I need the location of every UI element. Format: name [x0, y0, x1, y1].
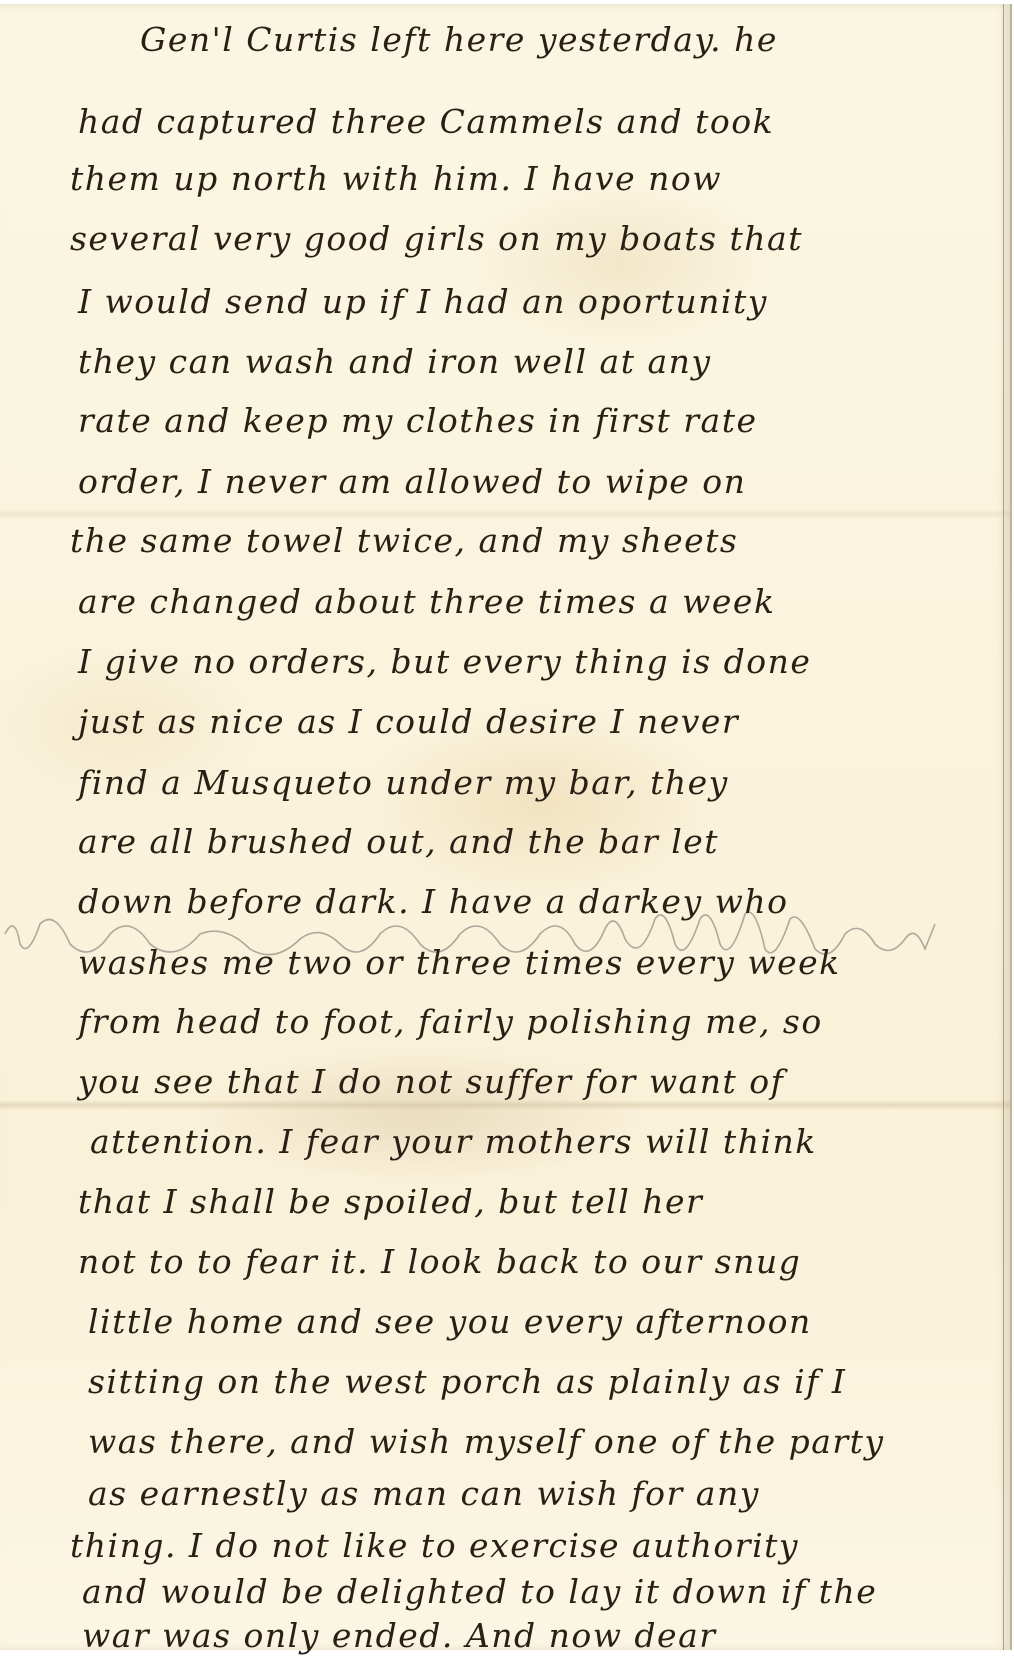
letter-line: thing. I do not like to exercise authori… — [70, 1526, 799, 1565]
letter-line: are all brushed out, and the bar let — [78, 822, 719, 861]
letter-line: that I shall be spoiled, but tell her — [78, 1182, 703, 1221]
letter-line: they can wash and iron well at any — [78, 342, 712, 381]
letter-line: and would be delighted to lay it down if… — [82, 1572, 877, 1611]
letter-line: washes me two or three times every week — [78, 943, 841, 982]
letter-line: not to to fear it. I look back to our sn… — [78, 1242, 801, 1281]
letter-line: just as nice as I could desire I never — [78, 702, 739, 741]
letter-line: the same towel twice, and my sheets — [70, 521, 738, 560]
letter-line: find a Musqueto under my bar, they — [78, 763, 729, 802]
letter-line: from head to foot, fairly polishing me, … — [78, 1002, 823, 1041]
letter-line: attention. I fear your mothers will thin… — [90, 1122, 817, 1161]
letter-line: I give no orders, but every thing is don… — [78, 642, 811, 681]
letter-body: Gen'l Curtis left here yesterday. he had… — [0, 4, 1010, 1650]
letter-line: was there, and wish myself one of the pa… — [88, 1422, 885, 1461]
letter-line: order, I never am allowed to wipe on — [78, 462, 746, 501]
letter-line: sitting on the west porch as plainly as … — [88, 1362, 846, 1401]
letter-line: several very good girls on my boats that — [70, 219, 803, 258]
letter-line: rate and keep my clothes in first rate — [78, 401, 758, 440]
letter-line: war was only ended. And now dear — [82, 1616, 717, 1655]
letter-line: had captured three Cammels and took — [78, 102, 774, 141]
letter-line: you see that I do not suffer for want of — [78, 1062, 784, 1101]
letter-line: Gen'l Curtis left here yesterday. he — [140, 20, 778, 59]
letter-line: I would send up if I had an oportunity — [78, 282, 768, 321]
letter-page: Gen'l Curtis left here yesterday. he had… — [0, 4, 1012, 1650]
letter-line: down before dark. I have a darkey who — [78, 882, 788, 921]
letter-line: as earnestly as man can wish for any — [88, 1474, 760, 1513]
letter-line: are changed about three times a week — [78, 582, 775, 621]
letter-line: them up north with him. I have now — [70, 159, 722, 198]
letter-line: little home and see you every afternoon — [88, 1302, 812, 1341]
